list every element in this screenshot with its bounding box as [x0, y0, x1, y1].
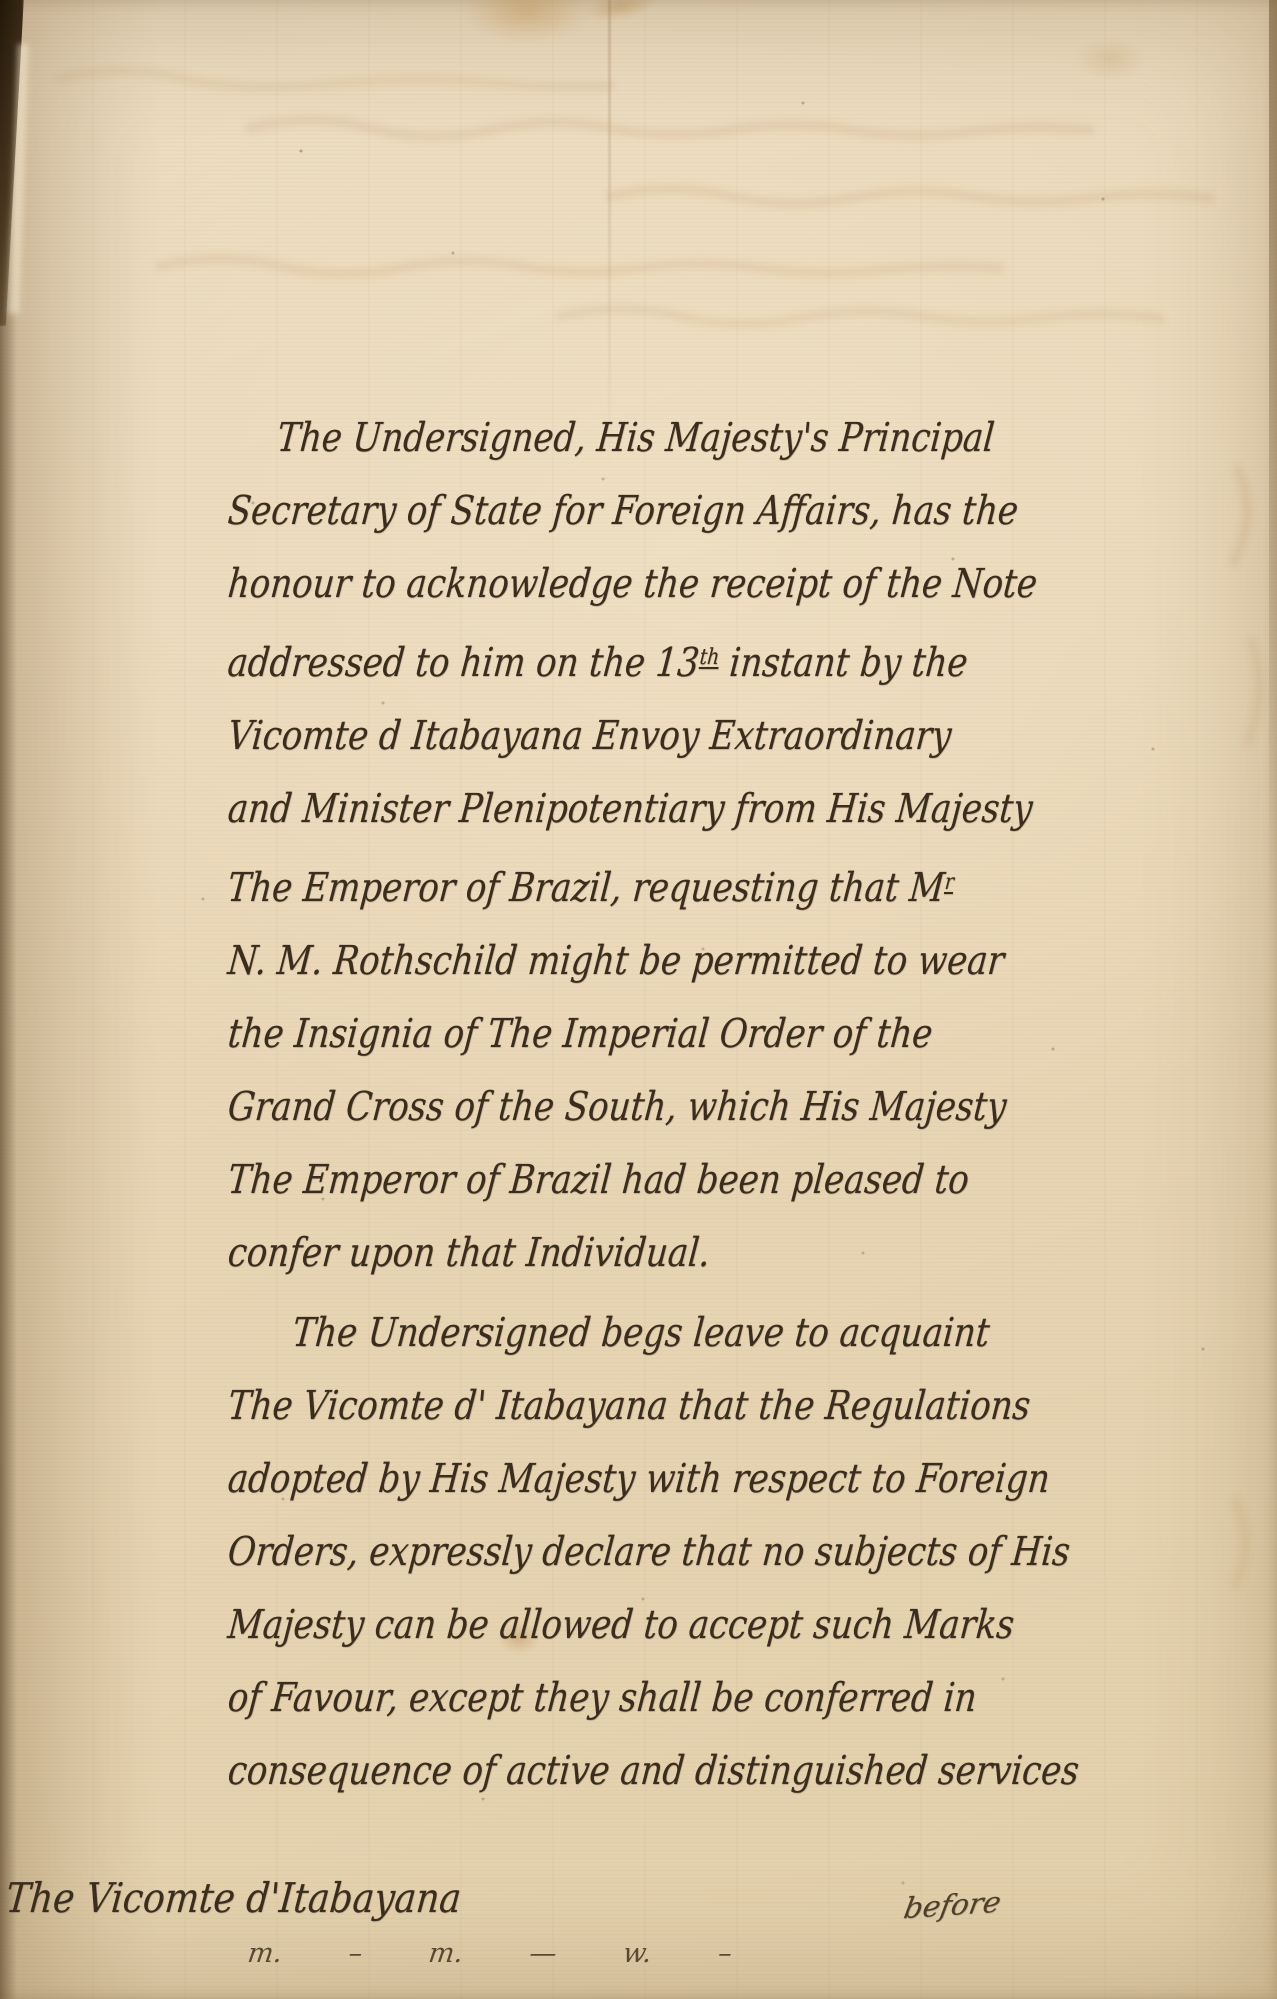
- manuscript-line: confer upon that Individual.: [225, 1217, 1099, 1290]
- left-margin-shadow: [0, 0, 190, 1999]
- letter-paragraph-1: The Undersigned, His Majesty's Principal…: [228, 402, 1248, 1290]
- manuscript-line: Secretary of State for Foreign Affairs, …: [225, 475, 1099, 548]
- manuscript-line: Majesty can be allowed to accept such Ma…: [225, 1589, 1099, 1662]
- pen-flourish-marks: m. – m. — w. –: [246, 1938, 734, 1969]
- letter-paragraph-2: The Undersigned begs leave to acquaintTh…: [228, 1297, 1248, 1808]
- manuscript-line: The Emperor of Brazil, requesting that M…: [224, 846, 1098, 925]
- manuscript-page: The Undersigned, His Majesty's Principal…: [0, 0, 1277, 1999]
- manuscript-line: Vicomte d Itabayana Envoy Extraordinary: [225, 700, 1099, 773]
- right-page-edge: [1269, 0, 1277, 920]
- fold-crease: [608, 0, 611, 470]
- manuscript-line: of Favour, except they shall be conferre…: [225, 1662, 1099, 1735]
- manuscript-line: the Insignia of The Imperial Order of th…: [225, 998, 1099, 1071]
- manuscript-line: addressed to him on the 13th instant by …: [224, 621, 1098, 700]
- manuscript-line: Orders, expressly declare that no subjec…: [225, 1516, 1099, 1589]
- manuscript-line: The Undersigned, His Majesty's Principal: [225, 402, 1099, 475]
- letter-body: The Undersigned, His Majesty's Principal…: [228, 402, 1248, 1808]
- manuscript-line: The Vicomte d' Itabayana that the Regula…: [225, 1370, 1099, 1443]
- paper-stain: [462, 0, 592, 42]
- manuscript-line: and Minister Plenipotentiary from His Ma…: [225, 773, 1099, 846]
- paper-stain: [580, 0, 660, 26]
- foxing-speckles: [0, 0, 2, 2]
- catchword: before: [901, 1885, 1003, 1926]
- manuscript-line: Grand Cross of the South, which His Maje…: [225, 1071, 1099, 1144]
- paper-stain: [1075, 38, 1145, 80]
- addressee-line: The Vicomte d'Itabayana: [3, 1868, 464, 1928]
- manuscript-line: The Emperor of Brazil had been pleased t…: [225, 1144, 1099, 1217]
- manuscript-line: The Undersigned begs leave to acquaint: [225, 1297, 1099, 1370]
- manuscript-line: adopted by His Majesty with respect to F…: [225, 1443, 1099, 1516]
- manuscript-line: N. M. Rothschild might be permitted to w…: [225, 925, 1099, 998]
- manuscript-line: honour to acknowledge the receipt of the…: [225, 548, 1099, 621]
- manuscript-line: consequence of active and distinguished …: [225, 1735, 1099, 1808]
